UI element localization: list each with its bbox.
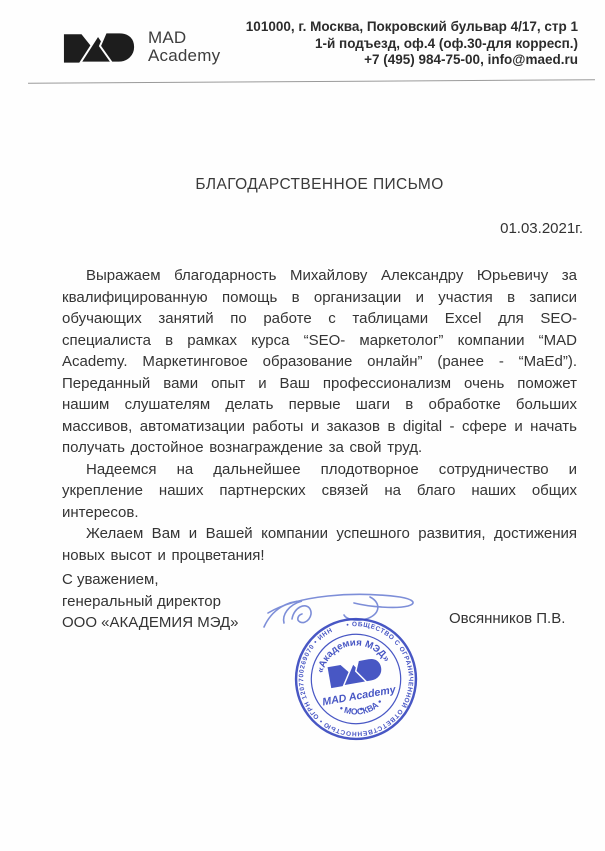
address-line: +7 (495) 984-75-00, info@maed.ru bbox=[246, 52, 578, 69]
closing-block: С уважением, генеральный директор ООО «А… bbox=[62, 569, 238, 634]
address-line: 101000, г. Москва, Покровский бульвар 4/… bbox=[246, 19, 578, 36]
company-address: 101000, г. Москва, Покровский бульвар 4/… bbox=[246, 19, 578, 69]
brand-line1: MAD bbox=[148, 29, 220, 47]
stamp-logo-icon bbox=[327, 657, 384, 689]
header-divider bbox=[28, 79, 595, 83]
letter-body: Выражаем благодарность Михайлову Алексан… bbox=[62, 265, 577, 566]
letter-date: 01.03.2021г. bbox=[500, 220, 583, 237]
mad-logo-icon bbox=[62, 26, 138, 66]
brand-line2: Academy bbox=[148, 47, 220, 65]
address-line: 1-й подъезд, оф.4 (оф.30-для корресп.) bbox=[246, 36, 578, 53]
closing-line: С уважением, bbox=[62, 569, 238, 591]
brand-name: MAD Academy bbox=[148, 29, 220, 65]
closing-line: ООО «АКАДЕМИЯ МЭД» bbox=[62, 612, 238, 634]
letter-page: MAD Academy 101000, г. Москва, Покровски… bbox=[0, 0, 605, 851]
closing-line: генеральный директор bbox=[62, 591, 238, 613]
paragraph: Выражаем благодарность Михайлову Алексан… bbox=[62, 265, 577, 459]
round-stamp-icon: • ОБЩЕСТВО С ОГРАНИЧЕННОЙ ОТВЕТСТВЕННОСТ… bbox=[292, 615, 420, 743]
letter-title: БЛАГОДАРСТВЕННОЕ ПИСЬМО bbox=[62, 176, 577, 194]
signer-name: Овсянников П.В. bbox=[449, 610, 565, 627]
paragraph: Надеемся на дальнейшее плодотворное сотр… bbox=[62, 459, 577, 524]
paragraph: Желаем Вам и Вашей компании успешного ра… bbox=[62, 523, 577, 566]
